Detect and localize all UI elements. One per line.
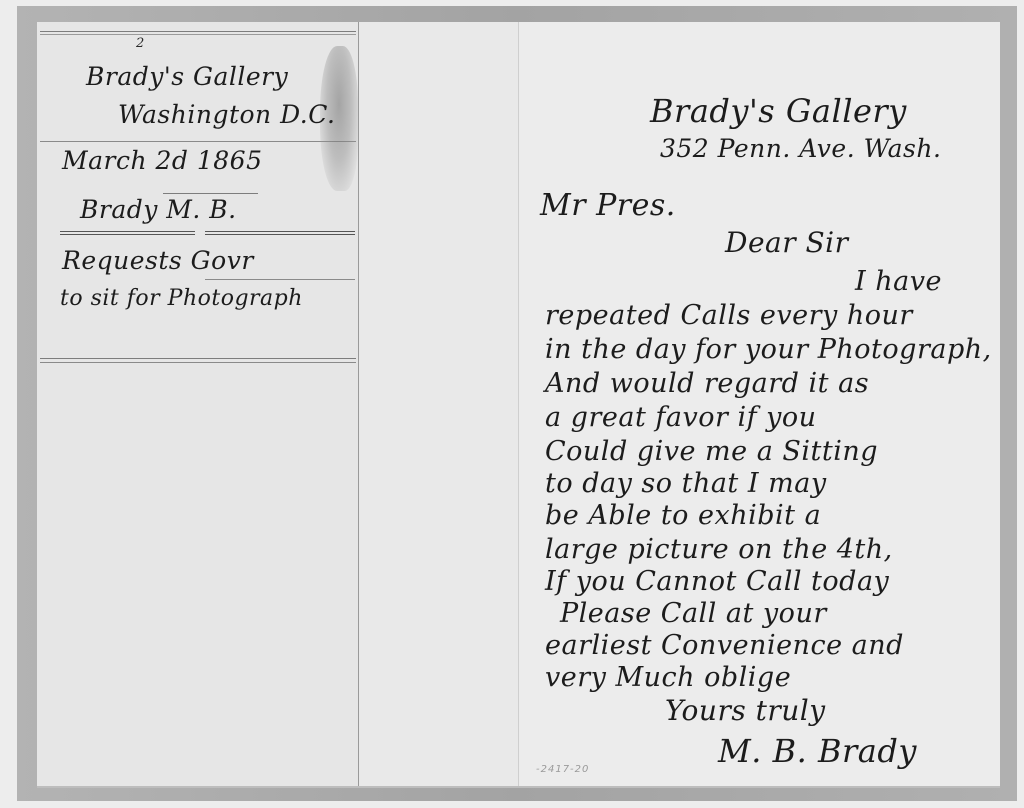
- body-line-7: to day so that I may: [545, 468, 827, 499]
- docket-rule-top-2: [40, 34, 356, 35]
- docket-number-mark: 2: [136, 36, 144, 51]
- docket-rule-name-1: [60, 231, 195, 232]
- closing: Yours truly: [665, 694, 826, 727]
- salutation-addressee: Mr Pres.: [540, 188, 676, 223]
- docket-rule-name-2: [60, 234, 195, 235]
- docket-panel: [37, 22, 359, 787]
- docket-rule-bottom-1: [40, 358, 356, 359]
- body-line-4: And would regard it as: [545, 368, 869, 399]
- archive-pencil-number: -2417-20: [536, 764, 589, 775]
- docket-line-city: Washington D.C.: [118, 100, 335, 129]
- body-line-13: very Much oblige: [545, 662, 791, 693]
- body-line-10: If you Cannot Call today: [545, 566, 889, 597]
- letterhead-address: 352 Penn. Ave. Wash.: [660, 134, 941, 163]
- body-line-11: Please Call at your: [560, 598, 827, 629]
- docket-line-subject: to sit for Photograph: [60, 286, 303, 311]
- docket-rule-request: [205, 279, 355, 280]
- docket-rule-name-over: [163, 193, 258, 194]
- body-line-6: Could give me a Sitting: [545, 436, 878, 467]
- body-line-1: I have: [855, 266, 942, 297]
- docket-line-name: Brady M. B.: [80, 195, 237, 224]
- body-line-9: large picture on the 4th,: [545, 534, 893, 565]
- docket-line-date: March 2d 1865: [62, 146, 262, 175]
- docket-rule-date: [40, 141, 356, 142]
- docket-rule-top-1: [40, 31, 356, 32]
- letterhead-name: Brady's Gallery: [650, 92, 907, 130]
- sheet-bottom-edge: [37, 786, 1000, 788]
- signature: M. B. Brady: [718, 732, 917, 770]
- body-line-3: in the day for your Photograph,: [545, 334, 992, 365]
- body-line-8: be Able to exhibit a: [545, 500, 821, 531]
- body-line-5: a great favor if you: [545, 402, 817, 433]
- docket-line-gallery: Brady's Gallery: [86, 62, 288, 91]
- body-line-2: repeated Calls every hour: [545, 300, 913, 331]
- docket-rule-bottom-2: [40, 362, 356, 363]
- blank-middle-panel: [359, 22, 518, 787]
- docket-rule-name-3: [205, 231, 355, 232]
- salutation: Dear Sir: [725, 226, 849, 259]
- docket-rule-name-4: [205, 234, 355, 235]
- body-line-12: earliest Convenience and: [545, 630, 904, 661]
- docket-line-request: Requests Govr: [62, 246, 254, 275]
